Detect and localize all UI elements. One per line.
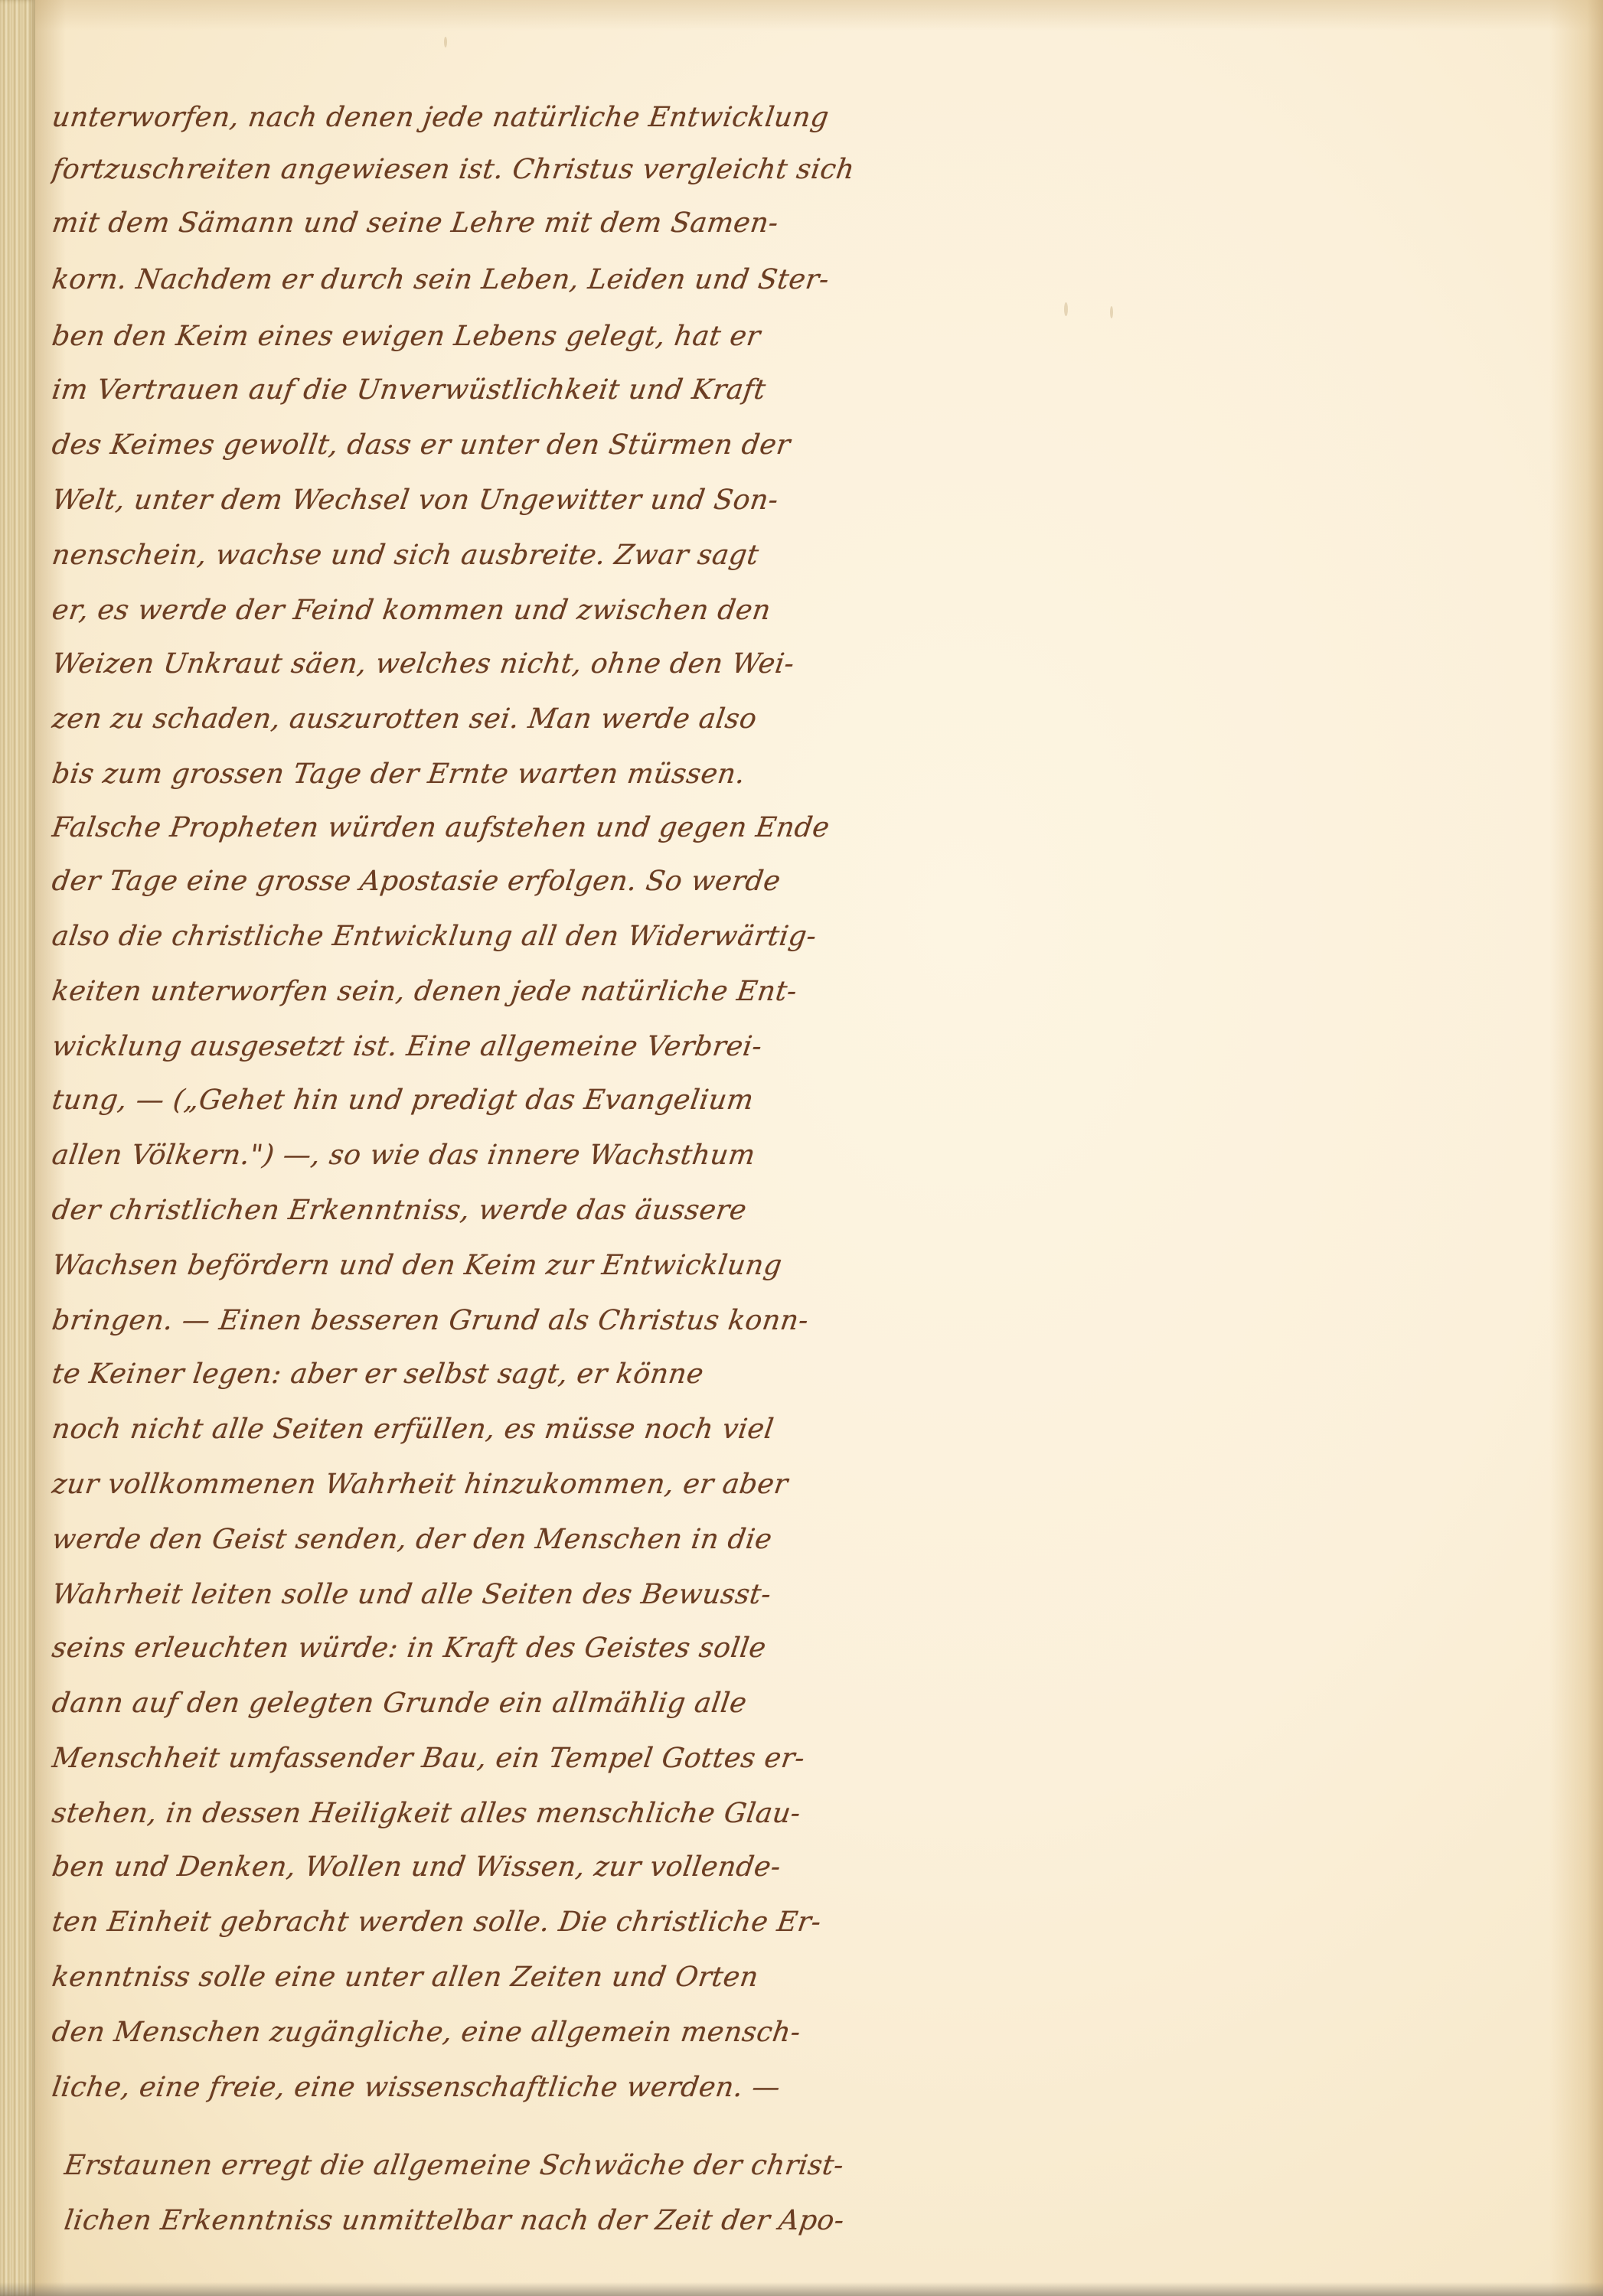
- text-line: des Keimes gewollt, dass er unter den St…: [49, 422, 867, 468]
- text-line: Menschheit umfassender Bau, ein Tempel G…: [49, 1736, 867, 1782]
- text-line: liche, eine freie, eine wissenschaftlich…: [49, 2065, 867, 2111]
- text-line: noch nicht alle Seiten erfüllen, es müss…: [49, 1407, 867, 1453]
- text-line: der christlichen Erkenntniss, werde das …: [49, 1188, 867, 1234]
- text-line: tung, — („Gehet hin und predigt das Evan…: [49, 1078, 867, 1124]
- text-line: zur vollkommenen Wahrheit hinzukommen, e…: [49, 1462, 867, 1508]
- text-line: werde den Geist senden, der den Menschen…: [49, 1517, 867, 1563]
- text-line: also die christliche Entwicklung all den…: [49, 914, 867, 960]
- text-line: wicklung ausgesetzt ist. Eine allgemeine…: [49, 1024, 867, 1070]
- text-line: Erstaunen erregt die allgemeine Schwäche…: [61, 2143, 879, 2189]
- paper-fleck: [1064, 302, 1068, 316]
- text-line: im Vertrauen auf die Unverwüstlichkeit u…: [49, 367, 867, 413]
- text-line: ben den Keim eines ewigen Lebens gelegt,…: [49, 314, 867, 360]
- text-line: seins erleuchten würde: in Kraft des Gei…: [49, 1626, 867, 1671]
- text-line: nenschein, wachse und sich ausbreite. Zw…: [49, 533, 867, 579]
- text-line: bringen. — Einen besseren Grund als Chri…: [49, 1298, 867, 1344]
- text-line: bis zum grossen Tage der Ernte warten mü…: [49, 752, 867, 797]
- paper-fleck: [444, 37, 447, 47]
- text-line: Weizen Unkraut säen, welches nicht, ohne…: [49, 641, 867, 687]
- paper-fleck: [1110, 306, 1113, 318]
- text-line: te Keiner legen: aber er selbst sagt, er…: [49, 1352, 867, 1397]
- text-line: kenntniss solle eine unter allen Zeiten …: [49, 1955, 867, 2001]
- text-line: lichen Erkenntniss unmittelbar nach der …: [61, 2198, 879, 2244]
- text-line: Falsche Propheten würden aufstehen und g…: [49, 805, 867, 851]
- text-line: der Tage eine grosse Apostasie erfolgen.…: [49, 859, 867, 905]
- text-line: unterworfen, nach denen jede natürliche …: [49, 95, 867, 141]
- text-line: fortzuschreiten angewiesen ist. Christus…: [49, 147, 867, 193]
- text-line: mit dem Sämann und seine Lehre mit dem S…: [49, 201, 867, 246]
- text-line: keiten unterworfen sein, denen jede natü…: [49, 969, 867, 1015]
- text-line: allen Völkern.") —, so wie das innere Wa…: [49, 1133, 867, 1179]
- text-line: ten Einheit gebracht werden solle. Die c…: [49, 1900, 867, 1945]
- text-line: dann auf den gelegten Grunde ein allmähl…: [49, 1681, 867, 1727]
- text-line: Wachsen befördern und den Keim zur Entwi…: [49, 1243, 867, 1289]
- text-line: Wahrheit leiten solle und alle Seiten de…: [49, 1572, 867, 1618]
- manuscript-page: unterworfen, nach denen jede natürliche …: [0, 0, 1603, 2296]
- text-line: ben und Denken, Wollen und Wissen, zur v…: [49, 1844, 867, 1890]
- text-line: stehen, in dessen Heiligkeit alles mensc…: [49, 1791, 867, 1837]
- text-line: korn. Nachdem er durch sein Leben, Leide…: [49, 257, 867, 303]
- page-right-edge: [1549, 0, 1603, 2296]
- page-top-edge: [0, 0, 1603, 31]
- text-line: den Menschen zugängliche, eine allgemein…: [49, 2010, 867, 2056]
- text-line: zen zu schaden, auszurotten sei. Man wer…: [49, 696, 867, 742]
- page-bottom-edge: [0, 2282, 1603, 2296]
- text-line: er, es werde der Feind kommen und zwisch…: [49, 588, 867, 634]
- text-line: Welt, unter dem Wechsel von Ungewitter u…: [49, 478, 867, 523]
- book-binding-gutter: [0, 0, 35, 2296]
